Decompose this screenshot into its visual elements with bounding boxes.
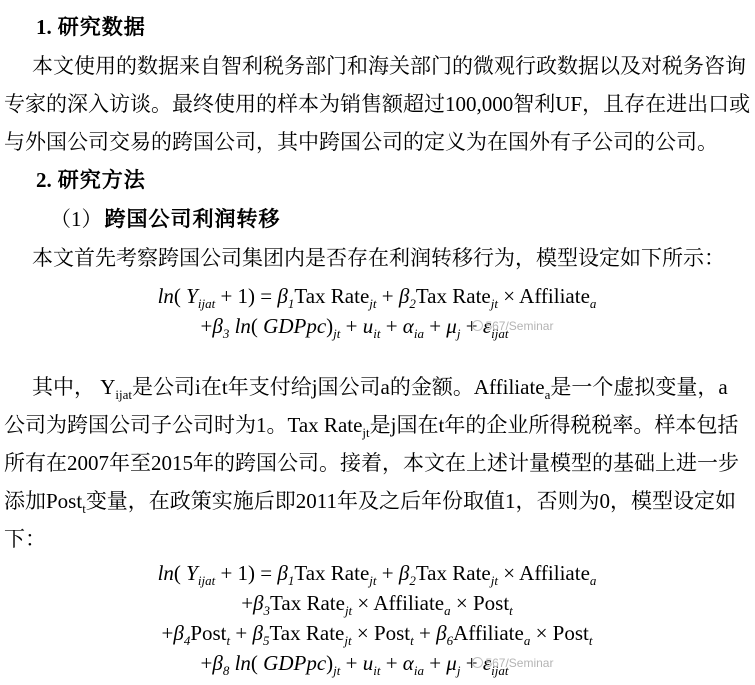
section-2-title: 研究方法	[58, 169, 146, 192]
equation-1-line-2: +β3 ln( GDPpc)jt + uit + αia + μj + εija…	[4, 311, 750, 344]
section-1-number: 1.	[36, 15, 52, 39]
paragraph-3-line-1: 其中， Yijat是公司i在t年支付给j国公司a的金额。Affiliatea是一…	[4, 368, 750, 406]
paragraph-1-line-2: 专家的深入访谈。最终使用的样本为销售额超过100,000智利UF，且存在进出口或	[4, 85, 750, 123]
paragraph-3-line-5: 下：	[4, 520, 750, 558]
watermark-text: 567/Seminar	[485, 319, 553, 333]
equation-2-line-2: +β3Tax Ratejt × Affiliatea × Postt	[4, 588, 750, 618]
paragraph-3-line-2: 公司为跨国公司子公司时为1。Tax Ratejt是j国在t年的企业所得税税率。样…	[4, 406, 750, 444]
watermark-text: 567/Seminar	[485, 656, 553, 670]
equation-2-line-1: ln( Yijat + 1) = β1Tax Ratejt + β2Tax Ra…	[4, 558, 750, 588]
section-heading-2: 2.研究方法	[36, 161, 750, 200]
paragraph-3-line-3: 所有在2007年至2015年的跨国公司。接着，本文在上述计量模型的基础上进一步	[4, 444, 750, 482]
subsection-1-title: 跨国公司利润转移	[105, 208, 281, 231]
section-1-title: 研究数据	[58, 16, 146, 39]
paragraph-3-line-4: 添加Postt变量，在政策实施后即2011年及之后年份取值1，否则为0，模型设定…	[4, 482, 750, 520]
section-2-number: 2.	[36, 168, 52, 192]
equation-2-line-3: +β4Postt + β5Tax Ratejt × Postt + β6Affi…	[4, 618, 750, 648]
paragraph-1-line-1: 本文使用的数据来自智利税务部门和海关部门的微观行政数据以及对税务咨询	[4, 47, 750, 85]
watermark: 567/Seminar	[472, 319, 553, 333]
equation-1-line-2-math: +β3 ln( GDPpc)jt + uit + αia + μj + εija…	[201, 314, 509, 338]
watermark: 567/Seminar	[472, 656, 553, 670]
equation-2-line-4: +β8 ln( GDPpc)jt + uit + αia + μj + εija…	[4, 648, 750, 681]
equation-1: ln( Yijat + 1) = β1Tax Ratejt + β2Tax Ra…	[4, 281, 750, 344]
subsection-heading-1: （1）跨国公司利润转移	[50, 200, 750, 239]
equation-2-line-3-math: +β4Postt + β5Tax Ratejt × Postt + β6Affi…	[162, 621, 593, 645]
paragraph-2-line-1: 本文首先考察跨国公司集团内是否存在利润转移行为，模型设定如下所示：	[4, 239, 750, 277]
equation-2-line-2-math: +β3Tax Ratejt × Affiliatea × Postt	[241, 591, 513, 615]
paragraph-1-line-3: 与外国公司交易的跨国公司，其中跨国公司的定义为在国外有子公司的公司。	[4, 123, 750, 161]
subsection-1-number: （1）	[50, 207, 103, 231]
document-page: 1.研究数据 本文使用的数据来自智利税务部门和海关部门的微观行政数据以及对税务咨…	[0, 0, 755, 681]
equation-1-line-1: ln( Yijat + 1) = β1Tax Ratejt + β2Tax Ra…	[4, 281, 750, 311]
equation-2-line-1-math: ln( Yijat + 1) = β1Tax Ratejt + β2Tax Ra…	[158, 561, 597, 585]
watermark-logo-icon	[472, 657, 483, 668]
watermark-logo-icon	[472, 320, 483, 331]
equation-1-line-1-math: ln( Yijat + 1) = β1Tax Ratejt + β2Tax Ra…	[158, 284, 597, 308]
section-heading-1: 1.研究数据	[36, 8, 750, 47]
equation-2: ln( Yijat + 1) = β1Tax Ratejt + β2Tax Ra…	[4, 558, 750, 681]
equation-2-line-4-math: +β8 ln( GDPpc)jt + uit + αia + μj + εija…	[201, 651, 509, 675]
